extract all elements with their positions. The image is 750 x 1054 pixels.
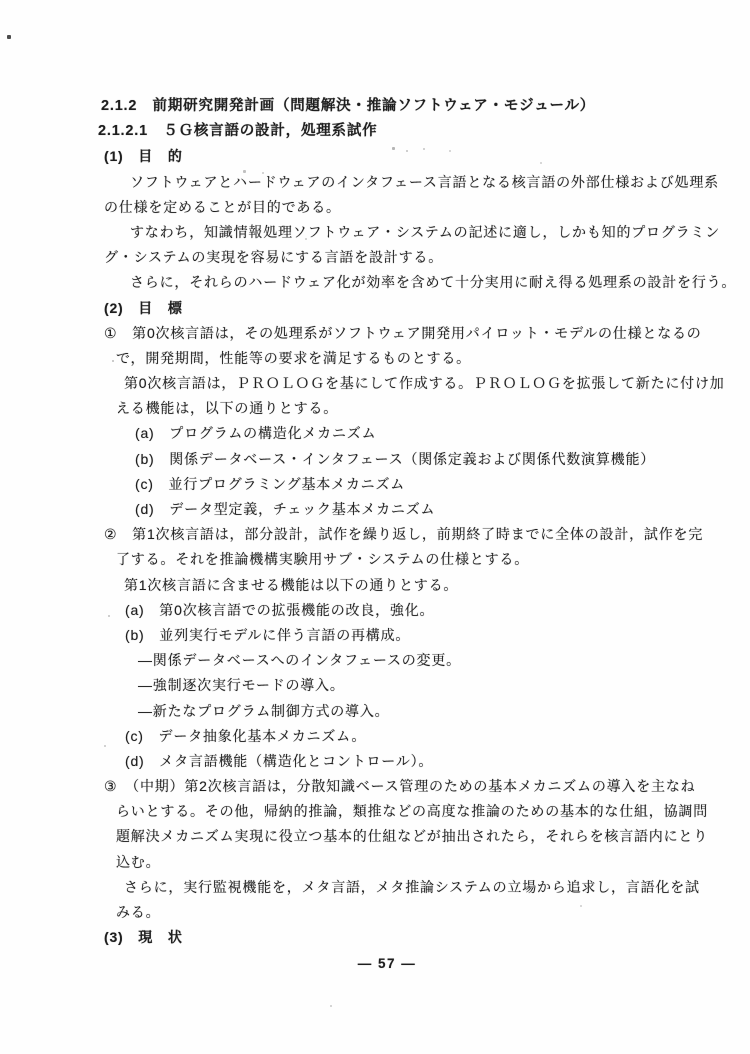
scan-speck xyxy=(7,35,11,39)
text-line-23: ―関係データベースへのインタフェースの変更。 xyxy=(0,648,750,673)
text-line-12: 第0次核言語は，ＰＲＯＬＯＧを基にして作成する。ＰＲＯＬＯＧを拡張して新たに付け… xyxy=(0,371,750,396)
text-line-27: (d) メタ言語機能（構造化とコントロール）。 xyxy=(0,749,750,774)
scan-speck xyxy=(305,238,307,240)
text-line-28: ③ （中期）第2次核言語は，分散知識ベース管理のための基本メカニズムの導入を主な… xyxy=(0,774,750,799)
text-line-9: (2) 目 標 xyxy=(0,296,750,321)
scan-speck xyxy=(406,150,408,152)
text-line-31: 込む。 xyxy=(0,850,750,875)
text-line-19: 了する。それを推論機構実験用サブ・システムの仕様とする。 xyxy=(0,547,750,572)
text-line-32: さらに，実行監視機能を，メタ言語，メタ推論システムの立場から追求し，言語化を試 xyxy=(0,875,750,900)
scan-speck xyxy=(243,170,246,173)
scan-speck xyxy=(104,745,106,747)
text-line-8: さらに，それらのハードウェア化が効率を含めて十分実用に耐え得る処理系の設計を行う… xyxy=(0,270,750,295)
scan-speck xyxy=(392,147,395,150)
document-page: 2.1.2 前期研究開発計画（問題解決・推論ソフトウェア・モジュール）2.1.2… xyxy=(0,0,750,1054)
text-line-11: で，開発期間，性能等の要求を満足するものとする。 xyxy=(0,346,750,371)
text-line-5: の仕様を定めることが目的である。 xyxy=(0,195,750,220)
text-line-14: (a) プログラムの構造化メカニズム xyxy=(0,421,750,446)
scan-speck xyxy=(449,150,451,152)
text-line-15: (b) 関係データベース・インタフェース（関係定義および関係代数演算機能） xyxy=(0,447,750,472)
text-line-24: ―強制逐次実行モードの導入。 xyxy=(0,673,750,698)
text-line-6: すなわち，知識情報処理ソフトウェア・システムの記述に適し，しかも知的プログラミン xyxy=(0,220,750,245)
text-line-10: ① 第0次核言語は，その処理系がソフトウェア開発用パイロット・モデルの仕様となる… xyxy=(0,321,750,346)
text-line-21: (a) 第0次核言語での拡張機能の改良，強化。 xyxy=(0,598,750,623)
text-line-2: 2.1.2.1 ５Ｇ核言語の設計，処理系試作 xyxy=(0,119,750,144)
text-line-7: グ・システムの実現を容易にする言語を設計する。 xyxy=(0,245,750,270)
text-line-16: (c) 並行プログラミング基本メカニズム xyxy=(0,472,750,497)
text-line-13: える機能は，以下の通りとする。 xyxy=(0,396,750,421)
scan-speck xyxy=(262,172,264,174)
text-line-29: らいとする。その他，帰納的推論，類推などの高度な推論のための基本的な仕組，協調問 xyxy=(0,799,750,824)
scan-speck xyxy=(108,615,110,617)
text-line-26: (c) データ抽象化基本メカニズム。 xyxy=(0,724,750,749)
document-body: 2.1.2 前期研究開発計画（問題解決・推論ソフトウェア・モジュール）2.1.2… xyxy=(0,94,750,950)
text-line-4: ソフトウェアとハードウェアのインタフェース言語となる核言語の外部仕様および処理系 xyxy=(0,170,750,195)
scan-speck xyxy=(540,162,542,164)
text-line-20: 第1次核言語に含ませる機能は以下の通りとする。 xyxy=(0,573,750,598)
text-line-34: (3) 現 状 xyxy=(0,925,750,950)
text-line-22: (b) 並列実行モデルに伴う言語の再構成。 xyxy=(0,623,750,648)
text-line-30: 題解決メカニズム実現に役立つ基本的仕組などが抽出されたら，それらを核言語内にとり xyxy=(0,824,750,849)
scan-speck xyxy=(423,148,425,150)
text-line-3: (1) 目 的 xyxy=(0,144,750,169)
scan-speck xyxy=(112,360,114,362)
text-line-1: 2.1.2 前期研究開発計画（問題解決・推論ソフトウェア・モジュール） xyxy=(0,94,750,119)
text-line-18: ② 第1次核言語は，部分設計，試作を繰り返し，前期終了時までに全体の設計，試作を… xyxy=(0,522,750,547)
page-number: ― 57 ― xyxy=(12,956,750,971)
text-line-33: みる。 xyxy=(0,900,750,925)
scan-speck xyxy=(580,905,582,907)
scan-speck xyxy=(330,1005,332,1007)
text-line-17: (d) データ型定義，チェック基本メカニズム xyxy=(0,497,750,522)
text-line-25: ―新たなプログラム制御方式の導入。 xyxy=(0,699,750,724)
